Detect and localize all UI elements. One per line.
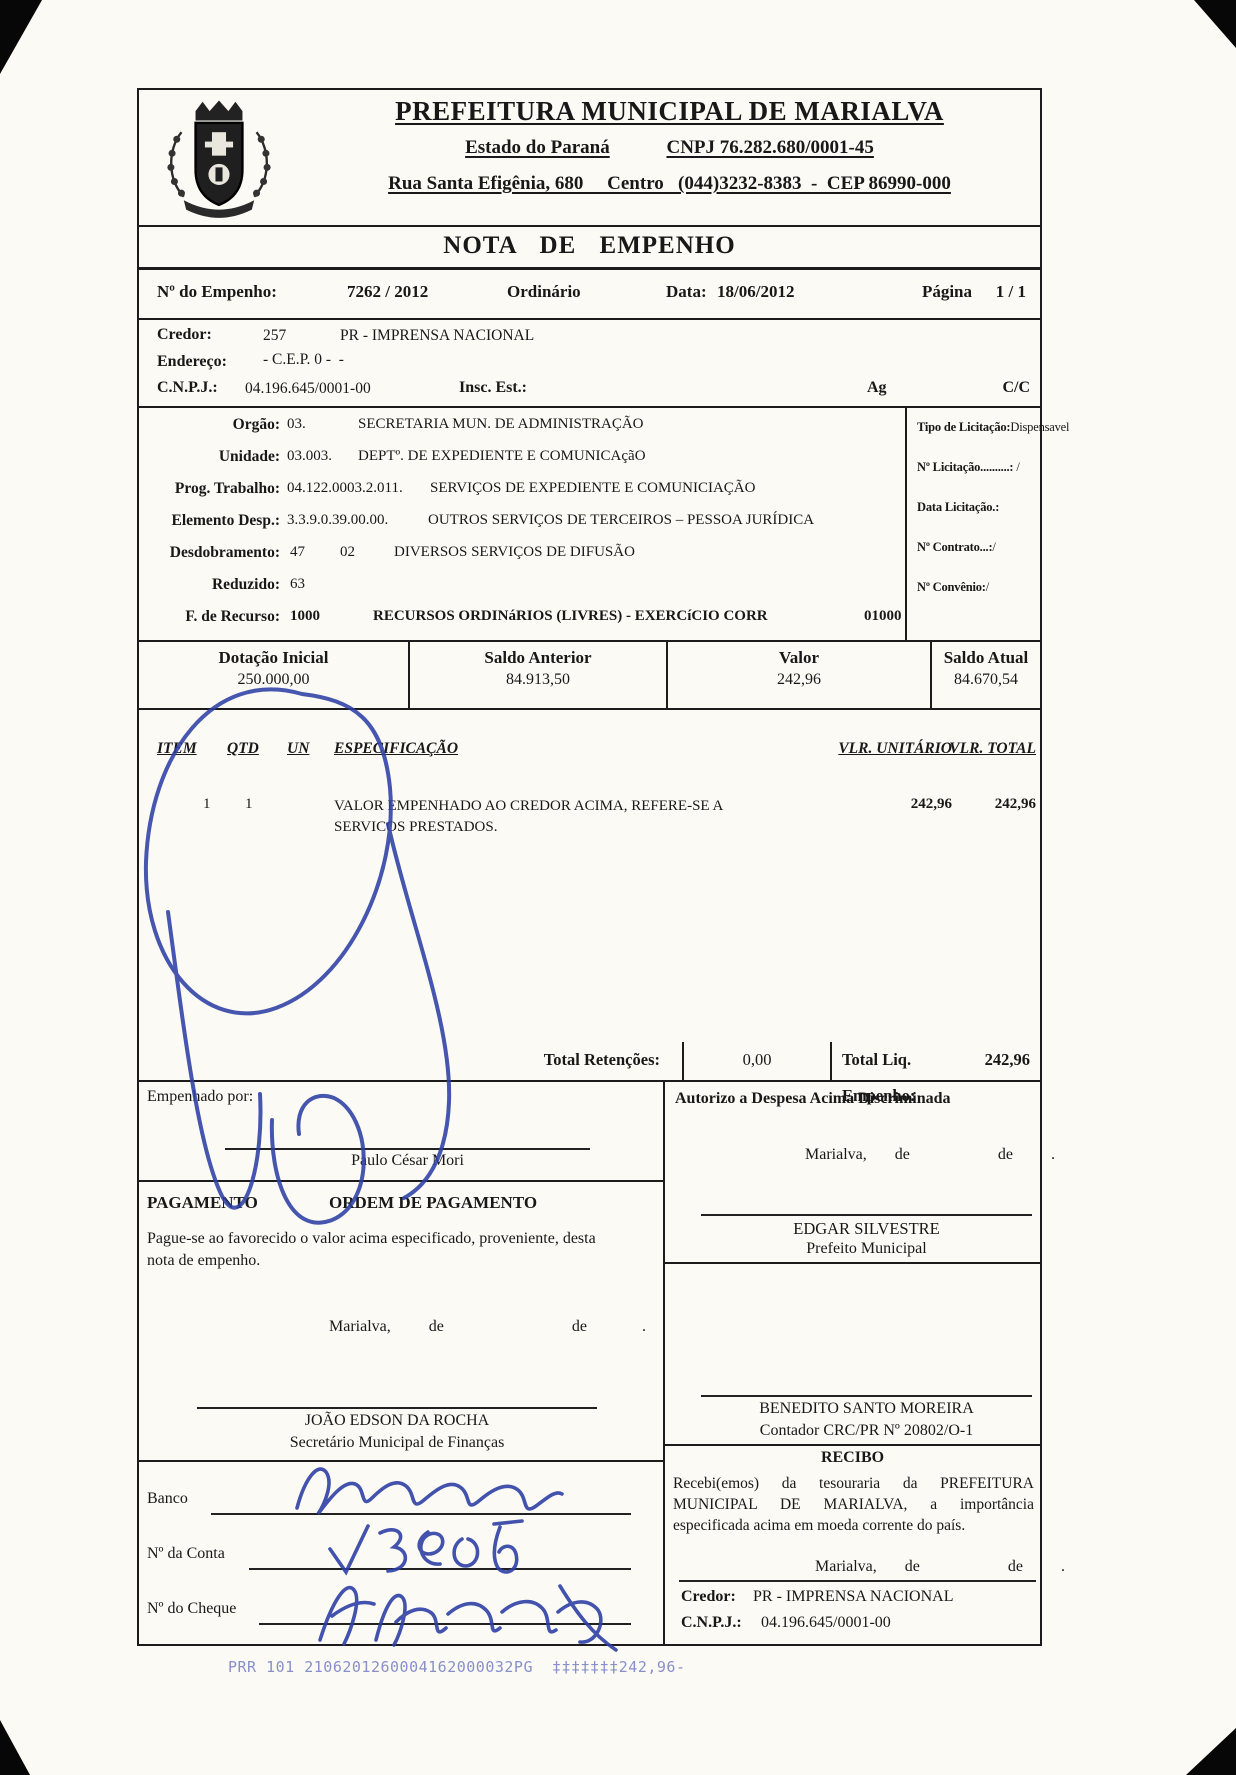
scanned-page: PREFEITURA MUNICIPAL DE MARIALVA Estado … <box>0 0 1236 1775</box>
elemento-desp-label: Elemento Desp.: <box>139 512 280 530</box>
empenhado-signer-name: Paulo César Mori <box>225 1152 590 1170</box>
recurso-extra-code: 01000 <box>864 608 902 625</box>
item-vlr-unitario: 242,96 <box>911 796 952 813</box>
header-un: UN <box>287 740 309 758</box>
items-table: ITEM QTD UN ESPECIFICAÇÃO VLR. UNITÁRIO … <box>139 710 1040 1042</box>
recibo-divider <box>665 1444 1040 1446</box>
recibo-de2: de <box>1008 1558 1023 1575</box>
total-liq-label: Total Liq. Empenho: <box>842 1042 985 1080</box>
prefeito-signature-line <box>701 1214 1032 1216</box>
header-vlr-unitario: VLR. UNITÁRIO <box>838 740 952 758</box>
contrato-value: / <box>992 540 995 554</box>
prefeito-name: EDGAR SILVESTRE <box>701 1219 1032 1239</box>
conta-label: Nº da Conta <box>147 1545 225 1563</box>
pagamento-title: PAGAMENTO <box>147 1193 258 1213</box>
credor-code: 257 <box>263 327 286 345</box>
total-liq-cell: Total Liq. Empenho: 242,96 <box>832 1042 1040 1080</box>
autorizo-city: Marialva, <box>805 1146 867 1163</box>
convenio-label: Nº Convênio: <box>917 580 986 594</box>
endereco-value: - C.E.P. 0 - - <box>263 351 344 369</box>
prefeito-role: Prefeito Municipal <box>701 1240 1032 1258</box>
unidade-row: Unidade: 03.003. DEPTº. DE EXPEDIENTE E … <box>139 448 905 476</box>
banco-divider <box>139 1460 663 1462</box>
page-label: Página <box>922 282 972 302</box>
total-retencoes-label: Total Retenções: <box>139 1042 684 1080</box>
prog-trabalho-label: Prog. Trabalho: <box>139 480 280 498</box>
tipo-licitacao-label: Tipo de Licitação: <box>917 420 1010 434</box>
saldo-atual-value: 84.670,54 <box>932 671 1040 689</box>
endereco-label: Endereço: <box>157 353 227 371</box>
total-liq-value: 242,96 <box>985 1042 1030 1080</box>
cc-label: C/C <box>1002 379 1030 397</box>
saldo-anterior-label: Saldo Anterior <box>410 648 666 668</box>
recibo-city: Marialva, <box>815 1558 877 1575</box>
credor-label: Credor: <box>157 326 212 344</box>
empenho-date: 18/06/2012 <box>717 282 794 302</box>
unidade-desc: DEPTº. DE EXPEDIENTE E COMUNICAçãO <box>358 448 646 465</box>
doc-title: NOTA DE EMPENHO <box>139 225 1040 270</box>
orgao-desc: SECRETARIA MUN. DE ADMINISTRAÇÃO <box>358 416 643 433</box>
tipo-licitacao-value: Dispensavel <box>1010 420 1069 434</box>
recurso-label: F. de Recurso: <box>139 608 280 626</box>
finance-signer-name: JOÃO EDSON DA ROCHA <box>197 1412 597 1430</box>
contador-signature-line <box>701 1395 1032 1397</box>
licitacao-block: Tipo de Licitação:Dispensavel Nº Licitaç… <box>907 406 1040 640</box>
pagamento-de2: de <box>572 1318 587 1335</box>
cheque-field-line <box>259 1600 631 1625</box>
desdobramento-desc: DIVERSOS SERVIÇOS DE DIFUSÃO <box>394 544 635 561</box>
credor-block: Credor: 257 PR - IMPRENSA NACIONAL Ender… <box>139 318 1040 408</box>
pagamento-dot: . <box>642 1318 646 1335</box>
saldo-anterior-value: 84.913,50 <box>410 671 666 689</box>
recibo-cnpj-label: C.N.P.J.: <box>681 1614 742 1632</box>
orgao-label: Orgão: <box>139 416 280 434</box>
finance-signature-line <box>197 1407 597 1409</box>
recibo-title: RECIBO <box>665 1449 1040 1467</box>
banco-field-line <box>211 1490 631 1515</box>
autorizo-title: Autorizo a Despesa Acima Discriminada <box>675 1090 951 1108</box>
desdobramento-label: Desdobramento: <box>139 544 280 562</box>
document-frame: PREFEITURA MUNICIPAL DE MARIALVA Estado … <box>137 88 1042 1646</box>
coat-of-arms-icon <box>160 97 278 219</box>
budget-section: Orgão: 03. SECRETARIA MUN. DE ADMINISTRA… <box>139 406 1040 642</box>
elemento-desp-desc: OUTROS SERVIÇOS DE TERCEIROS – PESSOA JU… <box>428 512 814 529</box>
recibo-cnpj-value: 04.196.645/0001-00 <box>761 1614 891 1632</box>
num-licitacao-value: / <box>1013 460 1019 474</box>
recibo-credor-label: Credor: <box>681 1588 736 1606</box>
data-licitacao-label: Data Licitação.: <box>917 500 999 514</box>
autorizo-de2: de <box>998 1146 1013 1163</box>
header-qtd: QTD <box>227 740 259 758</box>
header-vlr-total: VLR. TOTAL <box>949 740 1036 758</box>
header-item: ITEM <box>157 740 197 758</box>
reduzido-row: Reduzido: 63 <box>139 576 905 604</box>
data-licitacao-line: Data Licitação.: <box>917 500 1038 515</box>
state-label: Estado do Paraná <box>465 137 610 158</box>
empenho-tipo: Ordinário <box>507 282 581 302</box>
valor-label: Valor <box>668 648 930 668</box>
pagamento-city-date-line: Marialva,dede. <box>289 1300 646 1354</box>
pagamento-divider <box>139 1180 663 1182</box>
budget-classification: Orgão: 03. SECRETARIA MUN. DE ADMINISTRA… <box>139 406 907 640</box>
recurso-row: F. de Recurso: 1000 RECURSOS ORDINáRIOS … <box>139 608 905 636</box>
empenhado-signature-line <box>225 1148 590 1150</box>
dotacao-table: Dotação Inicial 250.000,00 Saldo Anterio… <box>139 640 1040 710</box>
dotacao-inicial-label: Dotação Inicial <box>139 648 408 668</box>
empenho-number-label: Nº do Empenho: <box>157 282 277 302</box>
pagamento-city: Marialva, <box>329 1318 391 1335</box>
document-header: PREFEITURA MUNICIPAL DE MARIALVA Estado … <box>139 90 1040 227</box>
contador-role: Contador CRC/PR Nº 20802/O-1 <box>701 1422 1032 1440</box>
saldo-anterior-col: Saldo Anterior 84.913,50 <box>410 640 668 708</box>
ag-label: Ag <box>867 379 887 397</box>
elemento-desp-row: Elemento Desp.: 3.3.9.0.39.00.00. OUTROS… <box>139 512 905 540</box>
recurso-desc: RECURSOS ORDINáRIOS (LIVRES) - EXERCíCIO… <box>373 608 768 625</box>
autorizo-divider <box>665 1262 1040 1264</box>
prefeitura-title: PREFEITURA MUNICIPAL DE MARIALVA <box>395 96 944 126</box>
unidade-label: Unidade: <box>139 448 280 466</box>
empenho-row: Nº do Empenho: 7262 / 2012 Ordinário Dat… <box>139 270 1040 320</box>
ordem-pagamento-title: ORDEM DE PAGAMENTO <box>329 1193 537 1213</box>
orgao-code: 03. <box>287 416 306 433</box>
address-line: Rua Santa Efigênia, 680 Centro (044)3232… <box>388 173 951 194</box>
machine-print-line: PRR 101 2106201260004162000032PG ‡‡‡‡‡‡‡… <box>228 1658 685 1676</box>
dotacao-inicial-value: 250.000,00 <box>139 671 408 689</box>
autorizo-dot: . <box>1051 1146 1055 1163</box>
desdobramento-code2: 02 <box>340 544 355 561</box>
totals-row: Total Retenções: 0,00 Total Liq. Empenho… <box>139 1042 1040 1082</box>
reduzido-code: 63 <box>290 576 305 593</box>
recibo-dot: . <box>1061 1558 1065 1575</box>
pagamento-column: Empenhado por: Paulo César Mori PAGAMENT… <box>139 1082 665 1644</box>
recibo-text: Recebi(emos) da tesouraria da PREFEITURA… <box>673 1474 1034 1537</box>
convenio-value: / <box>986 580 989 594</box>
insc-est-label: Insc. Est.: <box>459 379 527 397</box>
page-number: 1 / 1 <box>996 282 1026 302</box>
municipal-coat-of-arms <box>139 90 299 225</box>
dotacao-inicial-col: Dotação Inicial 250.000,00 <box>139 640 410 708</box>
tipo-licitacao-line: Tipo de Licitação:Dispensavel <box>917 420 1038 435</box>
desdobramento-row: Desdobramento: 47 02 DIVERSOS SERVIÇOS D… <box>139 544 905 572</box>
reduzido-label: Reduzido: <box>139 576 280 594</box>
pagamento-de1: de <box>429 1318 444 1335</box>
valor-value: 242,96 <box>668 671 930 689</box>
credor-cnpj-value: 04.196.645/0001-00 <box>245 380 371 398</box>
autorizo-de1: de <box>895 1146 910 1163</box>
contador-name: BENEDITO SANTO MOREIRA <box>701 1400 1032 1418</box>
recibo-de1: de <box>905 1558 920 1575</box>
contrato-label: Nº Contrato...: <box>917 540 992 554</box>
valor-col: Valor 242,96 <box>668 640 932 708</box>
signatures-section: Empenhado por: Paulo César Mori PAGAMENT… <box>139 1082 1040 1644</box>
num-licitacao-line: Nº Licitação..........: / <box>917 460 1038 475</box>
contrato-line: Nº Contrato...:/ <box>917 540 1038 555</box>
prog-trabalho-row: Prog. Trabalho: 04.122.0003.2.011. SERVI… <box>139 480 905 508</box>
total-retencoes-value: 0,00 <box>684 1042 832 1080</box>
saldo-atual-col: Saldo Atual 84.670,54 <box>932 640 1040 708</box>
elemento-desp-code: 3.3.9.0.39.00.00. <box>287 512 388 529</box>
item-qtd: 1 <box>245 796 253 813</box>
recibo-credor-value: PR - IMPRENSA NACIONAL <box>753 1588 953 1606</box>
prog-trabalho-desc: SERVIÇOS DE EXPEDIENTE E COMUNICIAÇÃO <box>430 480 755 497</box>
convenio-line: Nº Convênio:/ <box>917 580 1038 595</box>
pagamento-text: Pague-se ao favorecido o valor acima esp… <box>147 1228 627 1271</box>
desdobramento-code: 47 <box>290 544 305 561</box>
item-especificacao: VALOR EMPENHADO AO CREDOR ACIMA, REFERE-… <box>334 796 794 838</box>
autorizo-column: Autorizo a Despesa Acima Discriminada Ma… <box>665 1082 1040 1644</box>
credor-name: PR - IMPRENSA NACIONAL <box>340 327 534 345</box>
item-number: 1 <box>203 796 211 813</box>
scanned-nota-de-empenho: { "header": { "title": "PREFEITURA MUNIC… <box>0 0 1236 1775</box>
recurso-code: 1000 <box>290 608 320 625</box>
empenho-number: 7262 / 2012 <box>347 282 428 302</box>
cnpj-label: CNPJ 76.282.680/0001-45 <box>666 137 873 158</box>
orgao-row: Orgão: 03. SECRETARIA MUN. DE ADMINISTRA… <box>139 416 905 444</box>
num-licitacao-label: Nº Licitação..........: <box>917 460 1013 474</box>
saldo-atual-label: Saldo Atual <box>932 648 1040 668</box>
banco-label: Banco <box>147 1490 188 1508</box>
prog-trabalho-code: 04.122.0003.2.011. <box>287 480 403 497</box>
finance-signer-role: Secretário Municipal de Finanças <box>197 1434 597 1452</box>
credor-cnpj-label: C.N.P.J.: <box>157 379 218 397</box>
empenho-date-label: Data: <box>666 282 707 302</box>
empenhado-por-label: Empenhado por: <box>147 1088 253 1106</box>
conta-field-line <box>249 1545 631 1570</box>
cheque-label: Nº do Cheque <box>147 1600 236 1618</box>
recibo-credor-line <box>679 1580 1036 1582</box>
item-vlr-total: 242,96 <box>995 796 1036 813</box>
autorizo-city-date-line: Marialva,dede. <box>765 1128 1055 1182</box>
unidade-code: 03.003. <box>287 448 332 465</box>
recibo-city-date-line: Marialva,dede. <box>775 1540 1065 1594</box>
header-especificacao: ESPECIFICAÇÃO <box>334 740 458 758</box>
